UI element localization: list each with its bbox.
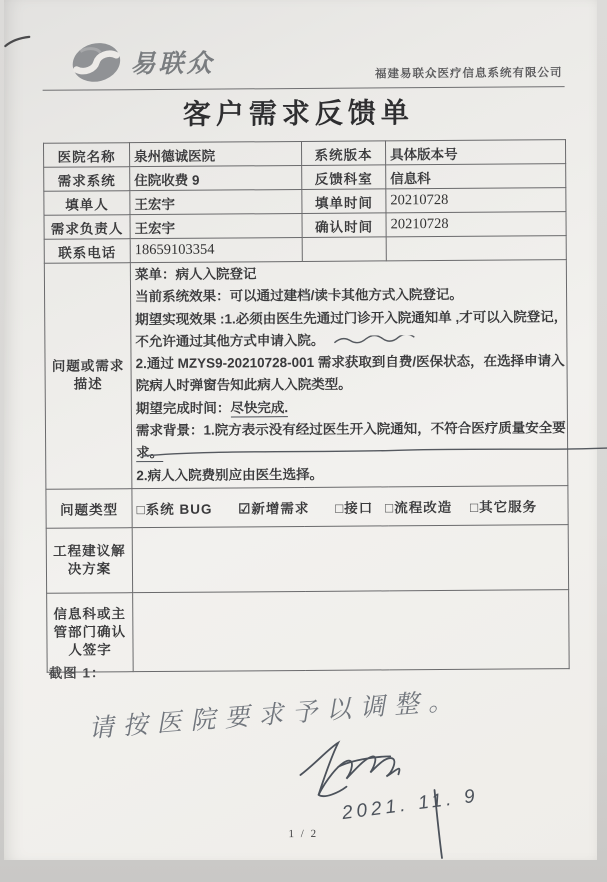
field-label-solution: 工程建议解 决方案 bbox=[46, 528, 132, 594]
document-content: 易联众 福建易联众医疗信息系统有限公司 客户需求反馈单 医院名称 泉州德诚医院 … bbox=[1, 0, 600, 862]
paper-sheet: 易联众 福建易联众医疗信息系统有限公司 客户需求反馈单 医院名称 泉州德诚医院 … bbox=[4, 0, 597, 860]
field-value-phone: 18659103354 bbox=[130, 237, 302, 262]
table-row-description: 问题或需求 描述 菜单：病人入院登记 当前系统效果：可以通过建档/读卡其他方式入… bbox=[44, 260, 568, 490]
screenshot-label: 截图 1： bbox=[49, 661, 106, 681]
field-value-confirm-time: 20210728 bbox=[386, 212, 566, 237]
field-label-owner: 需求负责人 bbox=[44, 215, 130, 240]
description-text: 菜单：病人入院登记 当前系统效果：可以通过建档/读卡其他方式入院登记。 期望实现… bbox=[130, 260, 568, 489]
table-row: 医院名称 泉州德诚医院 系统版本 具体版本号 bbox=[43, 140, 565, 168]
feedback-form-table: 医院名称 泉州德诚医院 系统版本 具体版本号 需求系统 住院收费 9 反馈科室 … bbox=[43, 139, 570, 673]
table-row-confirm-signature: 信息科或主 管部门确认 人签字 bbox=[47, 590, 570, 673]
field-label-fill-time: 填单时间 bbox=[302, 189, 386, 214]
field-value-hospital: 泉州德诚医院 bbox=[129, 141, 301, 166]
field-value-system: 住院收费 9 bbox=[130, 165, 302, 190]
page-number: 1 / 2 bbox=[7, 826, 600, 842]
yilianzhong-logo-icon bbox=[70, 39, 122, 85]
field-label-hospital: 医院名称 bbox=[43, 143, 129, 168]
field-value-owner: 王宏宇 bbox=[130, 213, 302, 238]
checkbox-option-other: □其它服务 bbox=[470, 499, 537, 514]
empty-cell bbox=[386, 236, 566, 261]
field-value-filler: 王宏宇 bbox=[130, 189, 302, 214]
field-label-confirm-signature: 信息科或主 管部门确认 人签字 bbox=[47, 593, 134, 673]
field-label-problem-type: 问题类型 bbox=[46, 489, 132, 529]
pen-mark-icon bbox=[1, 30, 35, 52]
problem-type-options: □系统 BUG ☑新增需求 □接口 □流程改造 □其它服务 bbox=[132, 486, 568, 528]
field-label-dept: 反馈科室 bbox=[302, 165, 386, 190]
table-row: 联系电话 18659103354 bbox=[44, 236, 566, 264]
checkbox-option-interface: □接口 bbox=[335, 500, 373, 515]
field-label-phone: 联系电话 bbox=[44, 239, 130, 264]
field-value-version: 具体版本号 bbox=[385, 140, 565, 165]
table-row: 需求系统 住院收费 9 反馈科室 信息科 bbox=[44, 164, 566, 192]
handwritten-wavy-line-icon bbox=[332, 335, 424, 346]
company-name: 福建易联众医疗信息系统有限公司 bbox=[375, 64, 563, 81]
table-row: 需求负责人 王宏宇 确认时间 20210728 bbox=[44, 212, 566, 240]
checkbox-option-bug: □系统 BUG bbox=[136, 502, 212, 518]
table-row-problem-type: 问题类型 □系统 BUG ☑新增需求 □接口 □流程改造 □其它服务 bbox=[46, 486, 568, 529]
empty-cell bbox=[302, 237, 386, 262]
field-value-dept: 信息科 bbox=[386, 164, 566, 189]
field-value-fill-time: 20210728 bbox=[386, 188, 566, 213]
solution-value bbox=[132, 525, 568, 593]
header: 易联众 福建易联众医疗信息系统有限公司 bbox=[42, 36, 564, 91]
logo-text: 易联众 bbox=[130, 44, 214, 81]
field-label-system: 需求系统 bbox=[44, 167, 130, 192]
checkbox-option-process: □流程改造 bbox=[385, 500, 452, 515]
table-row-solution: 工程建议解 决方案 bbox=[46, 525, 568, 594]
field-label-version: 系统版本 bbox=[301, 141, 385, 166]
confirm-signature-value bbox=[133, 590, 570, 672]
field-label-filler: 填单人 bbox=[44, 191, 130, 216]
table-row: 填单人 王宏宇 填单时间 20210728 bbox=[44, 188, 566, 216]
field-label-confirm-time: 确认时间 bbox=[302, 213, 386, 238]
page-title: 客户需求反馈单 bbox=[2, 90, 595, 134]
checkbox-option-new-requirement: ☑新增需求 bbox=[238, 501, 309, 516]
field-label-description: 问题或需求 描述 bbox=[44, 263, 132, 490]
photo-background: 易联众 福建易联众医疗信息系统有限公司 客户需求反馈单 医院名称 泉州德诚医院 … bbox=[0, 0, 607, 882]
company-logo: 易联众 bbox=[70, 39, 214, 86]
